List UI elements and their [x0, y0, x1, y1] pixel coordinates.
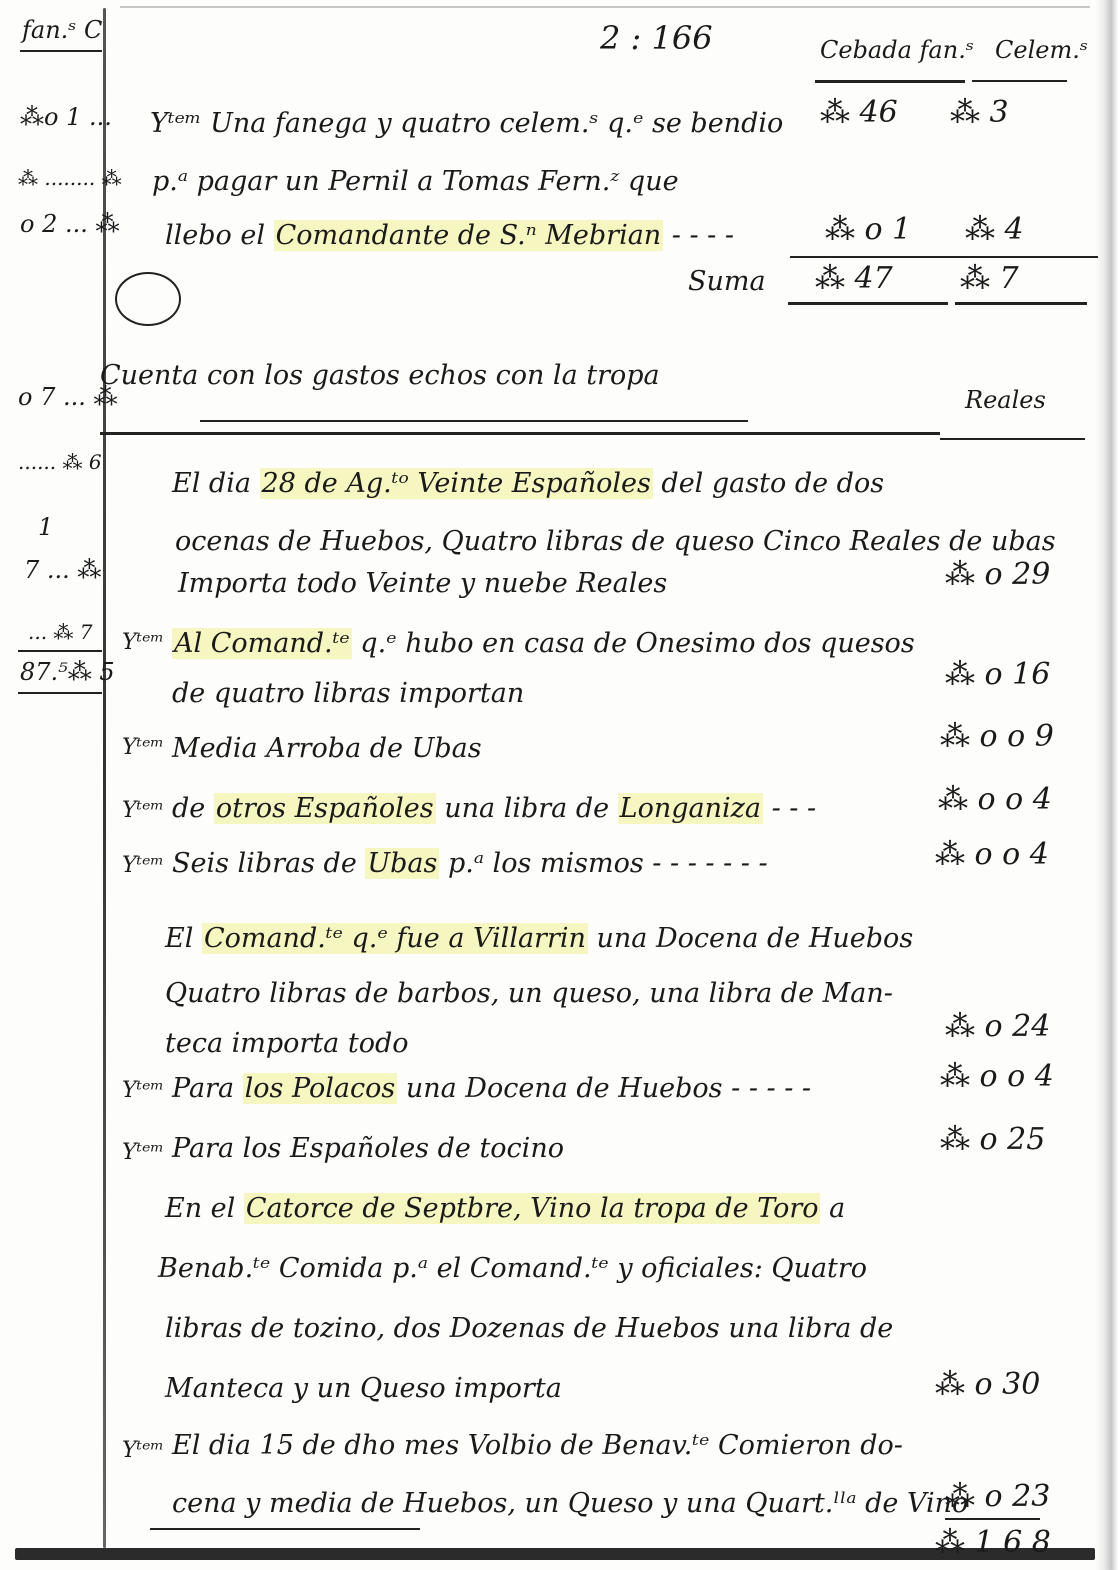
entry-line: Manteca y un Queso importa [165, 1375, 562, 1402]
col-header-rule [815, 80, 965, 83]
entry-line: Importa todo Veinte y nuebe Reales [178, 570, 667, 597]
section-title: Cuenta con los gastos echos con la tropa [100, 362, 660, 389]
section-divider [100, 432, 940, 435]
margin-entry: 1 [38, 515, 53, 539]
margin-entry: o 2 ... ⁂ [20, 212, 120, 236]
amount: ⁂ o 16 [945, 660, 1050, 690]
sum-celemines: ⁂ 7 [960, 264, 1019, 294]
amount: ⁂ o 25 [940, 1125, 1045, 1155]
entry-line: Al Comand.ᵗᵉ q.ᵉ hubo en casa de Onesimo… [172, 630, 915, 657]
entry-line: cena y media de Huebos, un Queso y una Q… [172, 1490, 968, 1517]
highlighted-text: Longaniza [618, 793, 763, 824]
highlighted-text: Comandante de S.ⁿ Mebrian [274, 220, 664, 251]
page-total: ⁂ 1 6 8 [935, 1528, 1051, 1558]
top-fold-line [120, 6, 1090, 8]
margin-header: fan.ˢ C [22, 18, 102, 42]
col-header-rule [972, 80, 1067, 82]
margin-entry: ⁂ ........ ⁂ [18, 168, 122, 188]
item-mark: Yᵗᵉᵐ [122, 855, 164, 877]
item-mark: Yᵗᵉᵐ [122, 1142, 164, 1164]
sum-rule-top [790, 256, 1098, 258]
entry-line: Para los Españoles de tocino [172, 1135, 564, 1162]
margin-total: 87.⁵⁂ 5 [20, 660, 115, 684]
entry-line: El dia 28 de Ag.ᵗᵒ Veinte Españoles del … [172, 470, 884, 497]
entry-line: llebo el Comandante de S.ⁿ Mebrian - - -… [165, 222, 734, 249]
col-header-celemines: Celem.ˢ [995, 38, 1088, 62]
page-bottom-edge [15, 1548, 1095, 1560]
entry-line: Seis libras de Ubas p.ᵃ los mismos - - -… [172, 850, 768, 877]
sum-fanegas: ⁂ 47 [815, 264, 893, 294]
entry-line: Quatro libras de barbos, un queso, una l… [165, 980, 893, 1007]
folio-number: 2 : 166 [600, 22, 713, 54]
value-celemines: ⁂ 4 [965, 215, 1024, 245]
reales-header: Reales [965, 388, 1046, 412]
highlighted-text: los Polacos [243, 1073, 398, 1104]
page-edge-shadow [1095, 0, 1118, 1570]
margin-entry: ...... ⁂ 6 [18, 452, 102, 472]
page-bottom-rule [150, 1528, 420, 1530]
entry-line: Media Arroba de Ubas [172, 735, 482, 762]
amount: ⁂ o o 9 [940, 722, 1054, 752]
margin-rule [103, 8, 106, 1548]
item-mark: Yᵗᵉᵐ [122, 632, 164, 654]
amount: ⁂ o o 4 [940, 1062, 1054, 1092]
entry-line: libras de tozino, dos Dozenas de Huebos … [165, 1315, 893, 1342]
amount: ⁂ o 30 [935, 1370, 1040, 1400]
item-mark: Yᵗᵉᵐ [122, 1440, 164, 1462]
reales-header-rule [940, 438, 1085, 440]
margin-entry: ... ⁂ 7 [28, 622, 93, 642]
entry-line: Benab.ᵗᵉ Comida p.ᵃ el Comand.ᵗᵉ y ofici… [158, 1255, 867, 1282]
highlighted-text: 28 de Ag.ᵗᵒ Veinte Españoles [260, 468, 653, 499]
margin-header-rule [20, 50, 102, 52]
sum-rule-bottom [788, 302, 948, 305]
highlighted-text: Comand.ᵗᵉ q.ᵉ fue a Villarrin [202, 923, 588, 954]
highlighted-text: otros Españoles [214, 793, 436, 824]
margin-total-rule-bottom [18, 692, 102, 694]
entry-line: Yᵗᵉᵐ Una fanega y quatro celem.ˢ q.ᵉ se … [150, 110, 783, 137]
entry-line: de otros Españoles una libra de Longaniz… [172, 795, 816, 822]
item-mark: Yᵗᵉᵐ [122, 800, 164, 822]
highlighted-text: Al Comand.ᵗᵉ [172, 628, 352, 659]
entry-line: Para los Polacos una Docena de Huebos - … [172, 1075, 811, 1102]
margin-entry: 7 ... ⁂ [24, 558, 101, 582]
sum-label: Suma [688, 268, 766, 295]
item-mark: Yᵗᵉᵐ [122, 737, 164, 759]
amount: ⁂ o 24 [945, 1012, 1050, 1042]
amount: ⁂ o o 4 [938, 785, 1052, 815]
margin-total-rule-top [18, 650, 102, 652]
value-fanegas: ⁂ o 1 [825, 215, 911, 245]
highlighted-text: Ubas [365, 848, 439, 879]
entry-line: teca importa todo [165, 1030, 409, 1057]
item-mark: Yᵗᵉᵐ [122, 1080, 164, 1102]
sum-rule-bottom [955, 302, 1087, 305]
entry-line: El dia 15 de dho mes Volbio de Benav.ᵗᵉ … [172, 1432, 903, 1459]
value-celemines: ⁂ 3 [950, 98, 1009, 128]
title-bracket-rule [200, 420, 748, 422]
entry-line: ocenas de Huebos, Quatro libras de queso… [175, 528, 1056, 555]
amount: ⁂ o o 4 [935, 840, 1049, 870]
entry-line: de quatro libras importan [172, 680, 524, 707]
entry-line: El Comand.ᵗᵉ q.ᵉ fue a Villarrin una Doc… [165, 925, 913, 952]
manuscript-page: fan.ˢ C ⁂o 1 ... ⁂ ........ ⁂ o 2 ... ⁂ … [0, 0, 1118, 1570]
amount: ⁂ o 29 [945, 560, 1050, 590]
margin-entry: ⁂o 1 ... [20, 105, 112, 129]
highlighted-text: Catorce de Septbre, Vino la tropa de Tor… [244, 1193, 821, 1224]
entry-line: p.ᵃ pagar un Pernil a Tomas Fern.ᶻ que [152, 168, 679, 195]
value-fanegas: ⁂ 46 [820, 98, 898, 128]
total-rule [945, 1518, 1040, 1520]
flourish-loop [115, 272, 181, 326]
amount: ⁂ o 23 [945, 1482, 1050, 1512]
col-header-fanegas: Cebada fan.ˢ [820, 38, 974, 62]
entry-line: En el Catorce de Septbre, Vino la tropa … [165, 1195, 845, 1222]
